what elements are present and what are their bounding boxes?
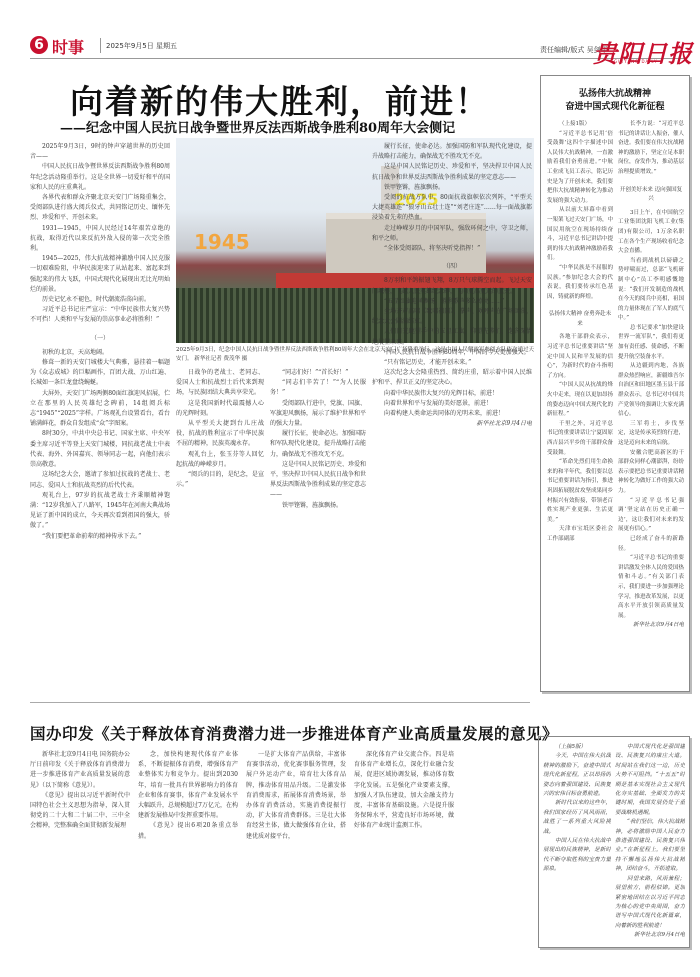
paragraph: 一是扩大体育产品供给，丰富体育赛事活动，优化赛事服务管理，发展户外运动产业，培育… xyxy=(246,750,346,842)
bottom-sidebar-column-1: （上接5版） 今天，中国在伟大抗战精神的激励下，奋进中国式现代化新征程，正以昂扬… xyxy=(543,743,611,941)
paragraph: 回望来路，风雨兼程；展望前方，前程似锦。更加紧密地团结在以习近平同志为核心的党中… xyxy=(615,875,685,931)
bottom-sidebar-signature: 新华社北京9月4日电 xyxy=(615,931,685,940)
main-article-column-1: 2025年9月3日，9时的钟声穿越世界的历史回音—— 中国人民抗日战争暨世界反法… xyxy=(30,142,170,702)
bottom-column-4: 深化体育产业交流合作。四是培育体育产业增长点，深化行业融合发展，促进区域协调发展… xyxy=(354,750,454,930)
main-subheadline: ——纪念中国人民抗日战争暨世界反法西斯战争胜利80周年大会侧记 xyxy=(60,117,455,136)
paragraph: 这场纪念大会，邀请了参加过抗战的老战士、老同志、爱国人士和抗战英烈的后代代表。 xyxy=(30,470,170,490)
header-divider xyxy=(100,38,101,53)
paragraph: 从以前大屏幕中看到一架架飞过天安门广场，中国民用航空在现场持续奋斗，习近平总书记… xyxy=(547,206,613,264)
paragraph: 向着构建人类命运共同体的光明未来，前进！ xyxy=(372,409,532,419)
sidebar-article-title: 弘扬伟大抗战精神 奋进中国式现代化新征程 xyxy=(541,88,689,114)
paragraph: 受阅的抗战方队中，80面抗战旗帜依次列阵，“平型关大捷英雄连”“狼牙山五壮士连”… xyxy=(372,193,532,224)
paragraph: “全体受阅部队，将坚决听党指挥！” xyxy=(372,244,532,254)
bottom-sidebar-box: （上接5版） 今天，中国在伟大抗战精神的激励下，奋进中国式现代化新征程，正以昂扬… xyxy=(538,736,690,948)
paragraph: 念，加快构建现代体育产业体系，不断提振体育消费，增强体育产业整体实力和竞争力。提… xyxy=(138,750,238,821)
paragraph: （上接5版） xyxy=(543,743,611,752)
paragraph: 8时30分，中共中央总书记、国家主席、中央军委主席习近平等登上天安门城楼，同抗战… xyxy=(30,429,170,470)
paragraph: 安徽合肥高新区的干部群众同样心潮澎湃，纷纷表示要把总书记重要讲话精神转化为做好工… xyxy=(618,449,684,497)
paragraph: “我们要把革命前辈的精神传承下去。” xyxy=(30,532,170,542)
paragraph: 《意见》提出以习近平新时代中国特色社会主义思想为指导，深入贯彻党的二十大和二十届… xyxy=(30,791,130,832)
sidebar-column-1: （上接1版） “习近平总书记用‘倍受鼓舞’这四个字描述中国人民伟大抗战精神，一直… xyxy=(547,120,613,685)
paragraph: “同志们好！”“首长好！” xyxy=(270,368,366,378)
paragraph: 铁甲铿锵，旌旗飘扬。 xyxy=(372,183,532,193)
paragraph: 这是中国人民铭记历史、珍爱和平，坚决捍卫中国人民抗日战争和世界反法西斯战争胜利成… xyxy=(372,162,532,182)
paragraph: 习近平总书记庄严宣示：“中华民族伟大复兴势不可挡！人类和平与发展的崇高事业必将胜… xyxy=(30,305,170,325)
bottom-column-1: 新华社北京9月4日电 国务院办公厅日前印发《关于释放体育消费潜力进一步推进体育产… xyxy=(30,750,130,930)
paragraph: 已经成了奋斗的新路径。 xyxy=(618,535,684,554)
paragraph: 新时代以来的这些年，我们国家经历了风风雨雨，战胜了一系列重大风险挑战。 xyxy=(543,799,611,837)
main-article-column-4: 履行长征，使命必达。加强国防和军队现代化建设，提升战略打击能力，确保战无不胜攻无… xyxy=(372,142,532,702)
sidebar-column-2: 长李力说：“习近平总书记的讲话让人振奋，催人奋进。我们要在伟大抗战精神的激励下，… xyxy=(618,120,684,685)
paragraph: 向着中华民族伟大复兴的光辉目标，前进！ xyxy=(372,389,532,399)
paragraph: 履行长征，使命必达。加强国防和军队现代化建设，提升战略打击能力，确保战无不胜攻无… xyxy=(270,429,366,460)
paragraph: “阅兵的目的，是纪念，是宣示。” xyxy=(176,470,264,490)
paragraph: 深化体育产业交流合作。四是培育体育产业增长点，深化行业融合发展，促进区域协调发展… xyxy=(354,750,454,832)
paragraph: 当看到战机以磅礴之势呼啸而过，总部“飞机研制中心”员工李明感慨地说：“我们开发制… xyxy=(618,257,684,324)
paragraph: 8万羽和平鸽振翅飞翔，8万只气球腾空而起。飞过天安门城楼，飞越人民英雄纪念碑，飞… xyxy=(372,276,532,296)
article-signature: 新华社北京9月4日电 xyxy=(372,419,532,429)
paragraph: 铁甲铿锵，旌旗飘扬。 xyxy=(270,501,366,511)
paragraph: 3日上午，在中国航空工业集团沈阳飞机工业(集团)有限公司，1万余名职工在各个生产… xyxy=(618,209,684,257)
issue-date: 2025年9月5日 星期五 xyxy=(106,41,177,51)
paragraph: 千里之外，习近平总书记的重要讲话让宁夏固原西吉县兴平乡的干部群众备受鼓舞。 xyxy=(547,420,613,458)
paragraph: 1931—1945，中国人民经过14年艰苦卓绝的抗战，取得近代以来反抗外敌入侵的… xyxy=(30,224,170,255)
paragraph: 长李力说：“习近平总书记的讲话让人振奋，催人奋进。我们要在伟大抗战精神的激励下，… xyxy=(618,120,684,178)
section-number: （一） xyxy=(30,334,170,344)
paragraph: 《意见》提出6项20条重点举措。 xyxy=(138,821,238,841)
section-label: 时事 xyxy=(52,35,84,58)
paragraph: “习近平总书记用‘倍受鼓舞’这四个字描述中国人民伟大抗战精神，一直激励着我们奋勇… xyxy=(547,130,613,207)
paragraph: 历史记忆永不褪色，时代潮流浩荡向前。 xyxy=(30,295,170,305)
photo-year-1945: 1945 xyxy=(194,230,250,254)
paragraph: 日战争的老战士、老同志、爱国人士和抗战烈士后代来到现场，与民族团结大典共享荣光。 xyxy=(176,368,264,399)
sidebar-title-line-1: 弘扬伟大抗战精神 xyxy=(541,88,689,101)
section-divider xyxy=(30,702,530,703)
page-number-badge: 6 xyxy=(30,36,48,54)
paragraph: 中国式现代化是强国建设、民族复兴的康庄大道。时间站在我们这一边，历史大势不可阻挡… xyxy=(615,743,685,818)
paragraph: 各地干部群众表示，习近平总书记重要讲话“坚定中国人民和平发展的信心”，为新时代的… xyxy=(547,333,613,381)
bottom-column-2: 念，加快构建现代体育产业体系，不断提振体育消费，增强体育产业整体实力和竞争力。提… xyxy=(138,750,238,930)
paragraph: 今天，中国在伟大抗战精神的激励下，奋进中国式现代化新征程，正以昂扬的姿态向着强国… xyxy=(543,752,611,799)
section-number: （四） xyxy=(372,262,532,272)
paragraph: 全场齐声高唱《歌唱祖国》，掌声、欢呼声在广场回荡，纪念大会圆满结束。 xyxy=(372,307,532,327)
paragraph: “习近平总书记强调‘坚定站在历史正确一边’，这让我们对未来的发展更有信心。” xyxy=(618,497,684,535)
paragraph: 这是我国新时代最震撼人心的光辉时刻。 xyxy=(176,399,264,419)
paragraph: 这是中国人民铭记历史、珍爱和平，坚决捍卫中国人民抗日战争和世界反法西斯战争胜利成… xyxy=(270,460,366,501)
paragraph: “同志们辛苦了！”“为人民服务！” xyxy=(270,378,366,398)
paragraph: 履行长征，使命必达。加强国防和军队现代化建设，提升战略打击能力，确保战无不胜攻无… xyxy=(372,142,532,162)
paragraph: 中国人民在伟大抗战中展现出的民族精神，是新时代不断夺取胜利的宝贵力量源泉。 xyxy=(543,837,611,875)
main-article-column-3: “同志们好！”“首长好！” “同志们辛苦了！”“为人民服务！” 受阅部队行进中，… xyxy=(270,368,366,700)
main-article-column-2: 日战争的老战士、老同志、爱国人士和抗战烈士后代来到现场，与民族团结大典共享荣光。… xyxy=(176,368,264,700)
paragraph: “五星红旗迎风飘扬，胜利歌声多么嘹亮……” xyxy=(372,297,532,307)
paragraph: “我们坚信，伟大抗战精神，必将激励中国人民奋力推进强国建设、民族复兴伟业。”在新… xyxy=(615,818,685,874)
bottom-column-3: 一是扩大体育产品供给，丰富体育赛事活动，优化赛事服务管理，发展户外运动产业，培育… xyxy=(246,750,346,930)
sidebar-subheading: 开创美好未来 迈向强国复兴 xyxy=(618,186,684,205)
paragraph: 这次纪念大会隆重热烈、简约庄重，昭示着中国人民维护和平、捍卫正义的坚定决心。 xyxy=(372,368,532,388)
paragraph: 从平型关大捷到台儿庄战役，抗战的胜利宣示了中华民族不屈的精神，民族英魂永存。 xyxy=(176,419,264,450)
paragraph: 天津市宝坻区委社会工作部副部 xyxy=(547,525,613,544)
paragraph: 受阅部队行进中，党旗、国旗、军旗迎风飘扬，展示了维护世界和平的强大力量。 xyxy=(270,399,366,430)
paragraph: 观礼台上，97岁的抗战老战士齐秉顺精神饱满：“12岁我加入了八路军，1945年在… xyxy=(30,491,170,532)
main-headline: 向着新的伟大胜利，前进！ xyxy=(70,76,490,123)
paragraph: 走过峥嵘岁月的中国军队，强敌环伺之中，守卫之师，和平之师。 xyxy=(372,224,532,244)
paragraph: 中国人民抗日战争暨世界反法西斯战争胜利80周年纪念活动隆重举行。这是全世界一切爱… xyxy=(30,162,170,193)
paragraph: 向着世界和平与发展的美好愿景，前进！ xyxy=(372,399,532,409)
paragraph: 修葺一新的天安门城楼大气典雅，悬挂着一幅题为《众志成城》的巨幅画作，百团大战、万… xyxy=(30,358,170,389)
paragraph: 各界代表和群众齐聚北京天安门广场隆重集会，受阅部队进行盛大阅兵仪式，共同铭记历史… xyxy=(30,193,170,224)
paragraph: 从边疆到内地，各族群众热烈响应，新疆维吾尔自治区和田地区墨玉县干部群众表示，总书… xyxy=(618,362,684,420)
paragraph: （上接1版） xyxy=(547,120,613,130)
paragraph: 总书记要求“加快建设世界一流军队”，我们将更加有责任感、使命感，不断提升航空装备… xyxy=(618,324,684,362)
paragraph: “习近平总书记的重要讲话激发全体人民的爱国热情和斗志。”有关部门表示，我们要进一… xyxy=(618,554,684,621)
bottom-sidebar-column-2: 中国式现代化是强国建设、民族复兴的康庄大道。时间站在我们这一边，历史大势不可阻挡… xyxy=(615,743,685,941)
paragraph: “中国人民从抗战的烽火中走来，现在以更加昂扬的姿态迈向中国式现代化的新征程。” xyxy=(547,381,613,419)
paragraph: 中国人民抗日战争胜利80周年，中国的今天更加强大。 xyxy=(372,348,532,358)
paragraph: 2025年9月3日，9时的钟声穿越世界的历史回音—— xyxy=(30,142,170,162)
paragraph: 大屏外，天安门广场两侧80面红旗迎风招展，伫立在那里的人民英雄纪念碑前，14组阅… xyxy=(30,389,170,430)
paragraph: 人们目光眺望手中的五星红旗，仰望先辈们，饱含深情地展望未来。 xyxy=(372,327,532,347)
paragraph: “中华民族是不屈服的民族。”参加纪念大会的代表说，我们要传承红色基因，铸就新的辉… xyxy=(547,264,613,302)
paragraph: 三军将士，步伐坚定，这是传承英烈的行进，这是迈向未来的启航。 xyxy=(618,420,684,449)
sidebar-subheading: 弘扬伟大精神 奋勇奔赴未来 xyxy=(547,310,613,329)
paragraph: 1945—2025，伟大抗战精神激励中国人民克服一切艰难险阻，中华民族迎来了从站… xyxy=(30,254,170,295)
paragraph: 初秋的北京，天高地阔。 xyxy=(30,348,170,358)
paragraph: 新华社北京9月4日电 国务院办公厅日前印发《关于释放体育消费潜力进一步推进体育产… xyxy=(30,750,130,791)
sidebar-title-line-2: 奋进中国式现代化新征程 xyxy=(541,101,689,114)
paragraph: “只有铭记历史，才能开创未来。” xyxy=(372,358,532,368)
sidebar-article-box: 弘扬伟大抗战精神 奋进中国式现代化新征程 （上接1版） “习近平总书记用‘倍受鼓… xyxy=(540,75,690,692)
masthead-subtitle: GUIYANG DAILY xyxy=(614,59,658,64)
bottom-article-headline: 国办印发《关于释放体育消费潜力进一步推进体育产业高质量发展的意见》 xyxy=(30,722,558,744)
paragraph: “革命先烈们用生命换来的和平年代，我们要以总书记重要讲话为指引，推进巩固拓展脱贫… xyxy=(547,458,613,525)
paragraph: 观礼台上，张玉芬等人回忆起抗战的峥嵘岁月。 xyxy=(176,450,264,470)
sidebar-signature: 新华社北京9月4日电 xyxy=(618,621,684,631)
